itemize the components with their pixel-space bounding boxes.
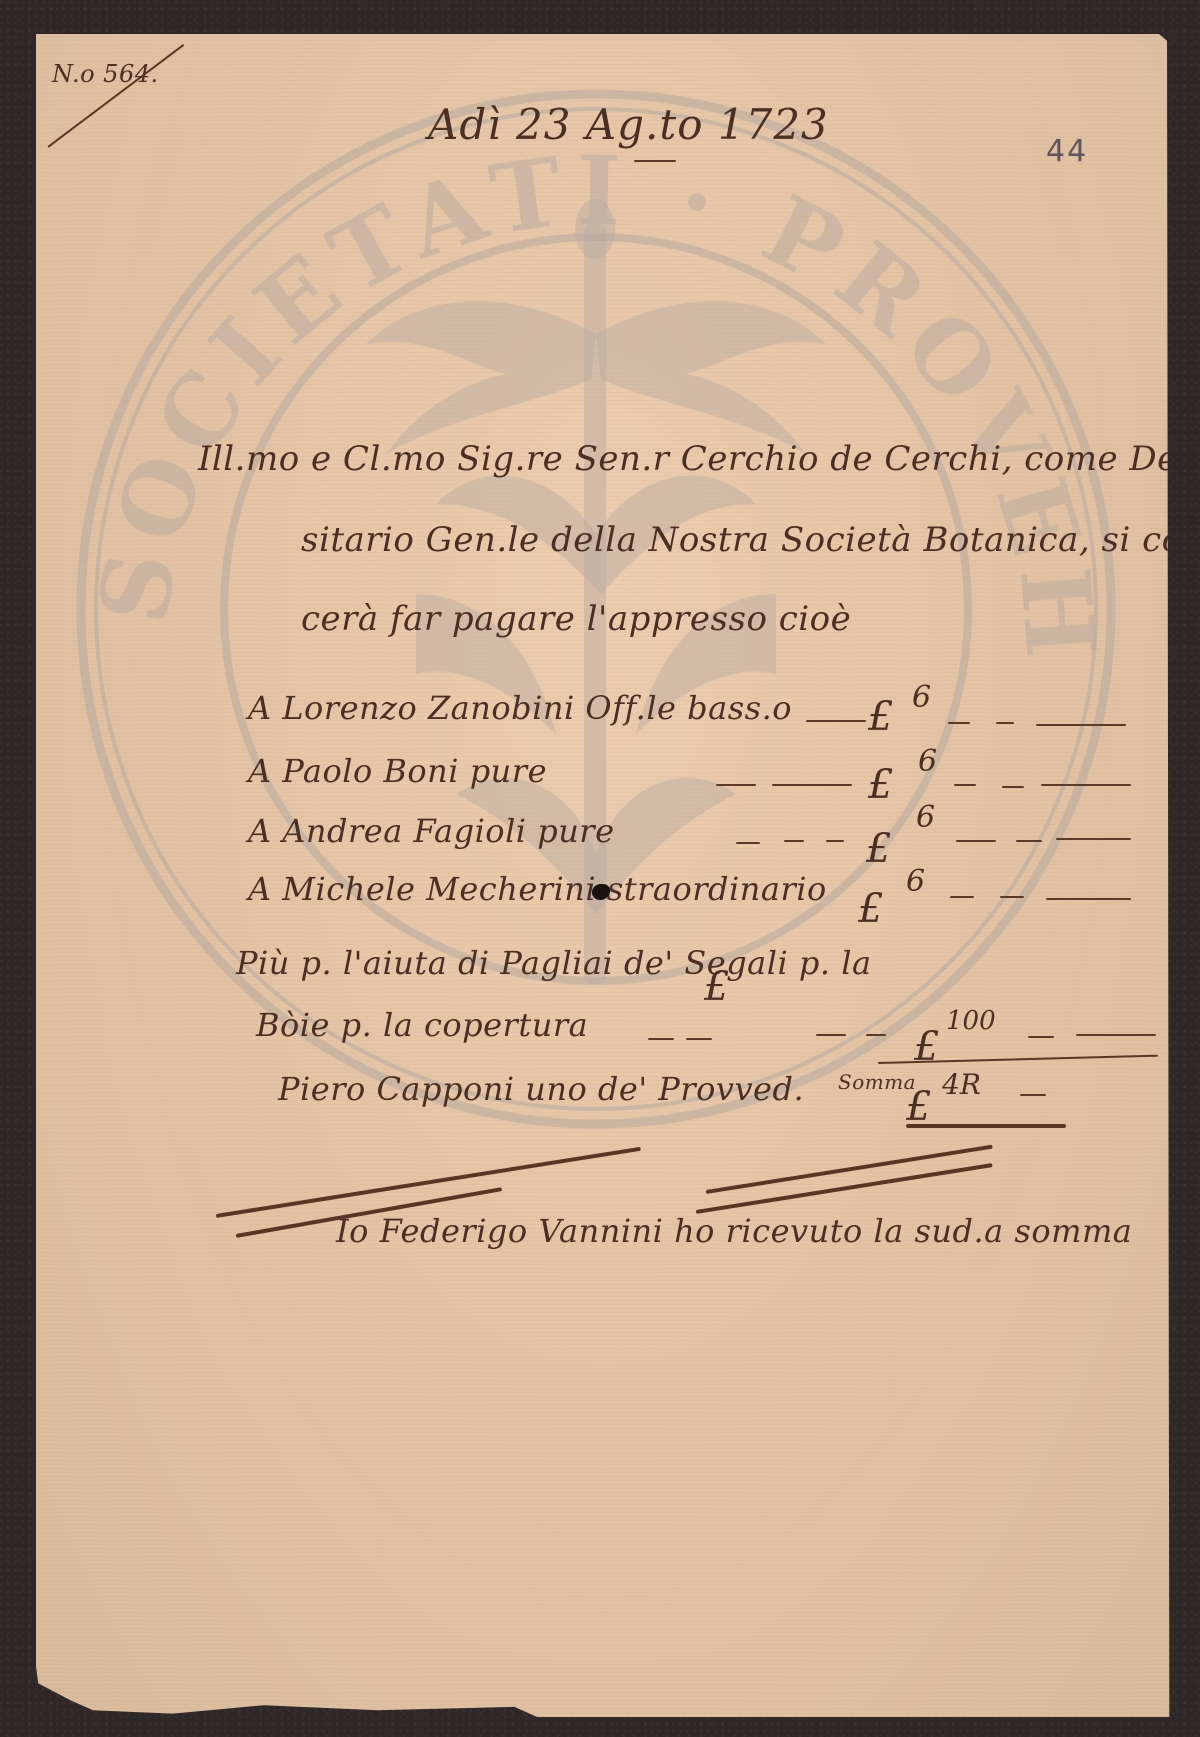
amount-4: 6 [906, 864, 925, 899]
signatory-line: Piero Capponi uno de' Provved. [278, 1070, 804, 1108]
filler-dash [1002, 786, 1024, 788]
closing-flourish [216, 1147, 641, 1218]
filler-dash [954, 784, 976, 786]
filler-dash [1000, 896, 1024, 898]
payment-line-5: Più p. l'aiuta di Pagliai de' Segali p. … [236, 944, 872, 982]
payment-line-1: A Lorenzo Zanobini Off.le bass.o [248, 689, 792, 727]
filler-dash [784, 840, 804, 842]
payment-line-2: A Paolo Boni pure [248, 752, 547, 790]
amount-1: 6 [912, 680, 931, 715]
filler-dash [648, 1038, 674, 1040]
total-amount: 4R [942, 1068, 981, 1101]
filler-dash [1041, 784, 1131, 786]
filler-dash [806, 720, 866, 722]
receipt-line: Io Federigo Vannini ho ricevuto la sud.a… [336, 1212, 1132, 1250]
body-line-3: cerà far pagare l'appresso cioè [301, 599, 851, 639]
filler-dash [1046, 898, 1131, 900]
lira-sign-1: £ [868, 694, 893, 740]
body-line-1: Ill.mo e Cl.mo Sig.re Sen.r Cerchio de C… [198, 439, 1200, 479]
total-label: Somma [838, 1070, 916, 1094]
folio-number-pencil: 44 [1046, 134, 1088, 169]
lira-sign-2: £ [868, 762, 893, 808]
filler-dash [772, 784, 852, 786]
filler-dash [1036, 724, 1126, 726]
lira-sign-5: £ [704, 964, 729, 1010]
filler-dash [826, 840, 844, 842]
amount-6: 100 [946, 1006, 996, 1036]
lira-sign-3: £ [866, 826, 891, 872]
date-underline [634, 160, 676, 162]
manuscript-page: SOCIETATI · PROVEHENDAE · BOTANICAE N.o … [36, 34, 1175, 1717]
filler-dash [866, 1034, 886, 1036]
filler-dash [1028, 1036, 1054, 1038]
payment-line-4: A Michele Mecherini straordinario [248, 870, 827, 908]
payment-line-6: Bòie p. la copertura [256, 1006, 588, 1044]
filler-dash [1076, 1034, 1156, 1036]
body-line-2: sitario Gen.le della Nostra Società Bota… [301, 520, 1200, 560]
filler-dash [996, 722, 1014, 724]
lira-sign-4: £ [858, 886, 883, 932]
filler-dash [1016, 840, 1042, 842]
filler-dash [1020, 1094, 1046, 1096]
filler-dash [950, 896, 974, 898]
filler-dash [686, 1038, 712, 1040]
date-line: Adì 23 Ag.to 1723 [428, 100, 829, 149]
filler-dash [716, 784, 756, 786]
filler-dash [1056, 838, 1131, 840]
amount-3: 6 [916, 800, 935, 835]
filler-dash [736, 842, 760, 844]
filler-dash [948, 722, 970, 724]
filler-dash [956, 840, 996, 842]
total-underline [906, 1124, 1066, 1128]
amount-2: 6 [918, 744, 937, 779]
filler-dash [816, 1034, 846, 1036]
lira-sign-6: £ [914, 1024, 939, 1070]
payment-line-3: A Andrea Fagioli pure [248, 812, 615, 850]
